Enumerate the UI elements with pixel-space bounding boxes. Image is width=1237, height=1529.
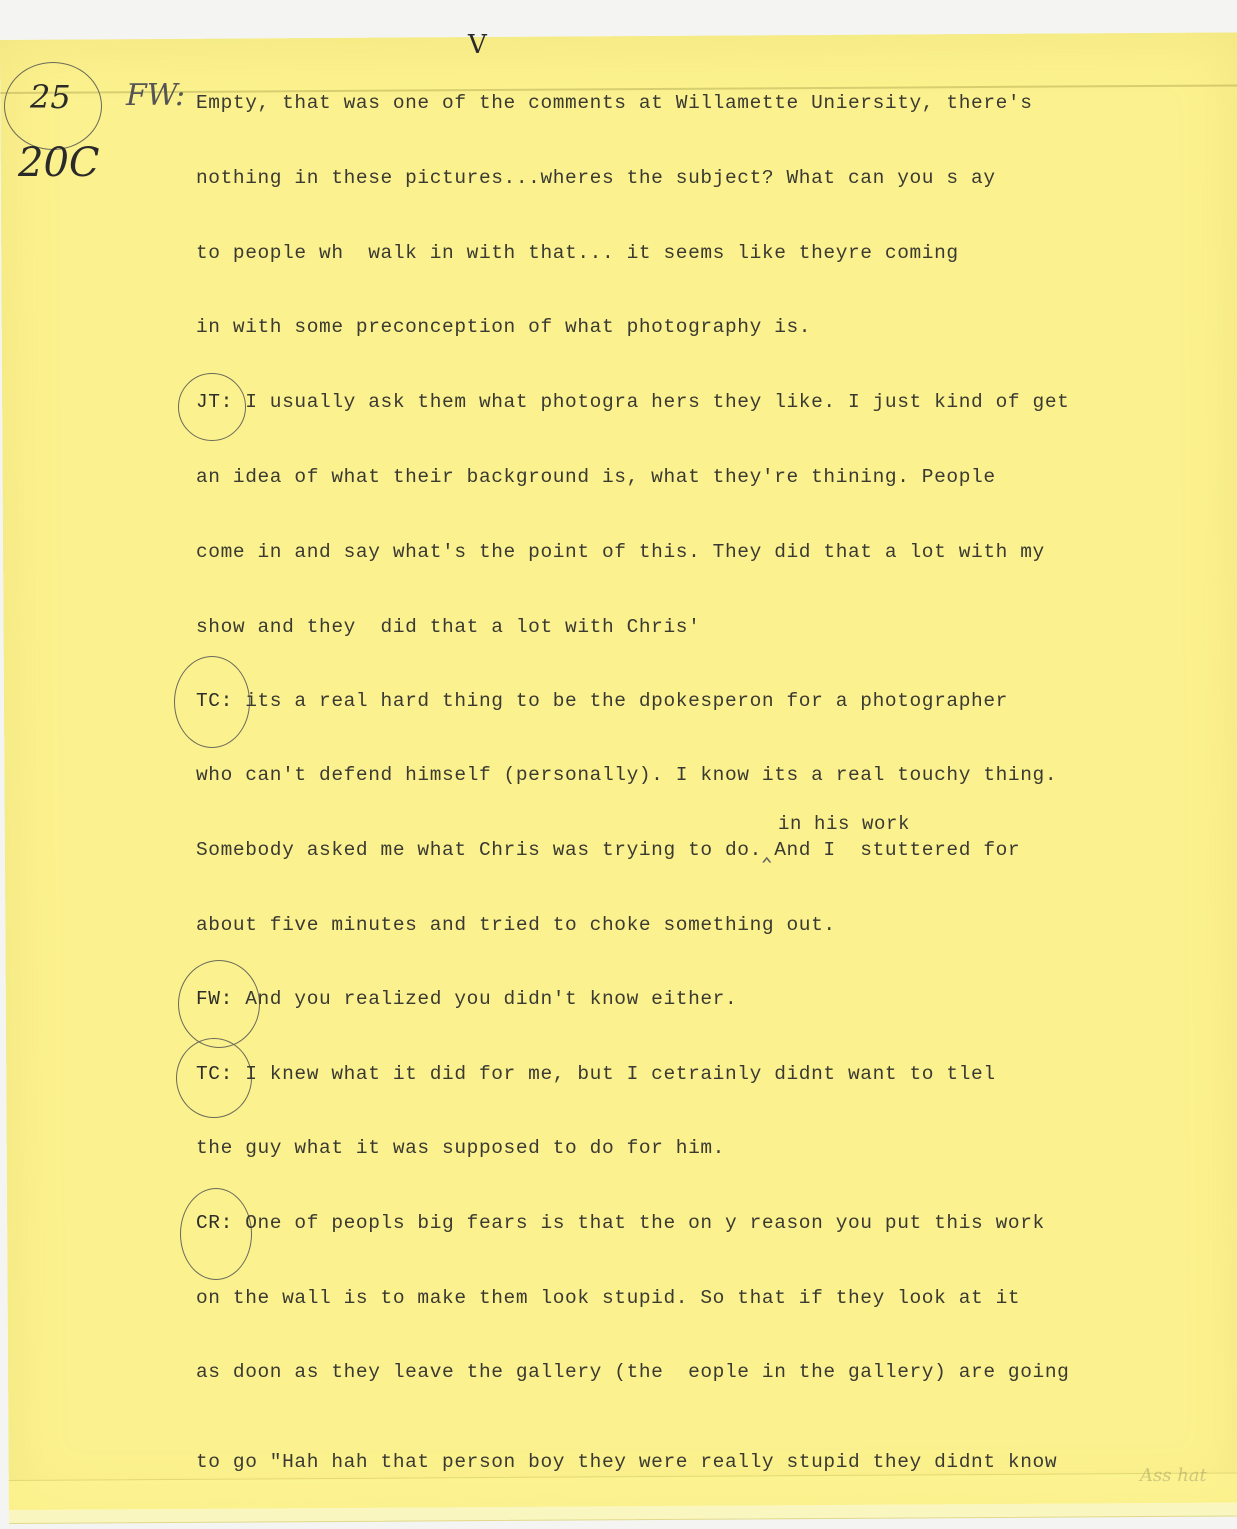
speaker-label: TC: xyxy=(196,1063,233,1085)
transcript-line: the guy what it was supposed to do for h… xyxy=(196,1137,725,1159)
speaker-label: CR: xyxy=(196,1212,233,1234)
line-text: who can't defend himself (personally). I… xyxy=(196,764,1057,786)
line-text: I knew what it did for me, but I cetrain… xyxy=(233,1063,996,1085)
transcript-line: TC: I knew what it did for me, but I cet… xyxy=(196,1063,996,1085)
transcript-line: to go "Hah hah that person boy they were… xyxy=(196,1451,1057,1473)
line-text: its a real hard thing to be the dpokespe… xyxy=(233,690,1008,712)
transcript-line: CR: One of peopls big fears is that the … xyxy=(196,1212,1045,1234)
transcript-line: Empty, that was one of the comments at W… xyxy=(196,92,1033,114)
transcript-line: JT: I usually ask them what photogra her… xyxy=(196,391,1069,413)
transcript-line: FW: And you realized you didn't know eit… xyxy=(196,988,737,1010)
speaker-note: FW: xyxy=(126,78,185,113)
top-mark: V xyxy=(468,30,487,60)
page-number-alt: 20C xyxy=(18,140,100,186)
transcript-line: on the wall is to make them look stupid.… xyxy=(196,1287,1020,1309)
line-text: One of peopls big fears is that the on y… xyxy=(233,1212,1045,1234)
transcript-line: who can't defend himself (personally). I… xyxy=(196,764,1057,786)
inserted-correction: in his work xyxy=(778,813,910,835)
line-text: nothing in these pictures...wheres the s… xyxy=(196,167,996,189)
transcript-line: in with some preconception of what photo… xyxy=(196,316,811,338)
line-text: to go "Hah hah that person boy they were… xyxy=(196,1451,1057,1473)
transcript-line: show and they did that a lot with Chris' xyxy=(196,616,700,638)
transcript-line: as doon as they leave the gallery (the e… xyxy=(196,1361,1069,1383)
line-text: as doon as they leave the gallery (the e… xyxy=(196,1361,1069,1383)
speaker-label: FW: xyxy=(196,988,233,1010)
line-text: Somebody asked me what Chris was trying … xyxy=(196,839,1020,861)
transcript-line: Somebody asked me what Chris was trying … xyxy=(196,839,1020,861)
line-text: show and they did that a lot with Chris' xyxy=(196,616,700,638)
line-text: come in and say what's the point of this… xyxy=(196,541,1045,563)
bottom-faint-note: Ass hat xyxy=(1140,1465,1207,1486)
line-text: on the wall is to make them look stupid.… xyxy=(196,1287,1020,1309)
transcript-line: nothing in these pictures...wheres the s… xyxy=(196,167,996,189)
transcript-line: about five minutes and tried to choke so… xyxy=(196,914,836,936)
line-text: the guy what it was supposed to do for h… xyxy=(196,1137,725,1159)
line-text: about five minutes and tried to choke so… xyxy=(196,914,836,936)
transcript-line: an idea of what their background is, wha… xyxy=(196,466,996,488)
line-text: Empty, that was one of the comments at W… xyxy=(196,92,1033,114)
line-text: an idea of what their background is, wha… xyxy=(196,466,996,488)
line-text: I usually ask them what photogra hers th… xyxy=(233,391,1070,413)
speaker-circle-cr xyxy=(180,1188,252,1280)
transcript-line: to people wh walk in with that... it see… xyxy=(196,242,959,264)
tape-strip xyxy=(9,1472,1237,1524)
line-text: to people wh walk in with that... it see… xyxy=(196,242,959,264)
line-text: in with some preconception of what photo… xyxy=(196,316,811,338)
speaker-label: TC: xyxy=(196,690,233,712)
transcript-line: come in and say what's the point of this… xyxy=(196,541,1045,563)
transcript-line: TC: its a real hard thing to be the dpok… xyxy=(196,690,1008,712)
page-number-circled: 25 xyxy=(30,78,71,116)
speaker-label: JT: xyxy=(196,391,233,413)
line-text: And you realized you didn't know either. xyxy=(233,988,737,1010)
